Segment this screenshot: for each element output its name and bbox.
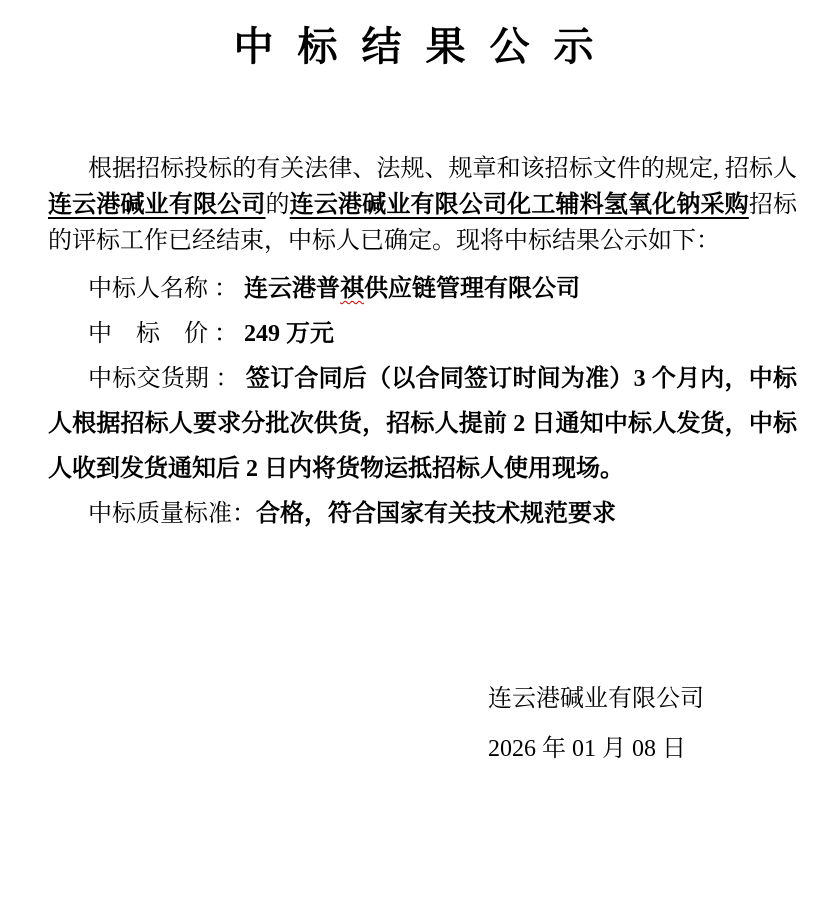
intro-text-2: 的 xyxy=(266,192,290,218)
price-colon: ： xyxy=(208,321,244,347)
delivery-colon: ： xyxy=(209,366,246,392)
project-name-underlined: 连云港碱业有限公司化工辅料氢氧化钠采购 xyxy=(290,192,749,218)
intro-paragraph: 根据招标投标的有关法律、法规、规章和该招标文件的规定, 招标人连云港碱业有限公司… xyxy=(48,151,797,259)
delivery-label: 中标交货期 xyxy=(88,366,209,392)
signature-date: 2026 年 01 月 08 日 xyxy=(488,727,797,772)
price-value: 249 万元 xyxy=(244,321,334,347)
winner-colon: ： xyxy=(208,276,244,302)
winner-label: 中标人名称 xyxy=(88,276,208,302)
bid-price-row: 中 标 价 ： 249 万元 xyxy=(48,312,797,357)
document-title: 中标结果公示 xyxy=(0,23,827,71)
quality-label: 中标质量标准： xyxy=(88,501,256,527)
quality-standard-row: 中标质量标准：合格，符合国家有关技术规范要求 xyxy=(48,492,797,537)
signature-company: 连云港碱业有限公司 xyxy=(488,677,797,722)
winner-value-post: 供应链管理有限公司 xyxy=(364,276,580,302)
document-body: 根据招标投标的有关法律、法规、规章和该招标文件的规定, 招标人连云港碱业有限公司… xyxy=(48,151,797,772)
winner-value-pre: 连云港普 xyxy=(244,276,340,302)
price-label: 中 标 价 xyxy=(88,321,208,347)
quality-value: 合格，符合国家有关技术规范要求 xyxy=(256,501,616,527)
intro-text-1: 根据招标投标的有关法律、法规、规章和该招标文件的规定, 招标人 xyxy=(88,156,797,182)
winner-name-row: 中标人名称 ： 连云港普祺供应链管理有限公司 xyxy=(48,267,797,312)
winner-value-spellcheck-flagged: 祺 xyxy=(340,276,364,302)
document-page: 中标结果公示 根据招标投标的有关法律、法规、规章和该招标文件的规定, 招标人连云… xyxy=(0,0,827,903)
winner-value: 连云港普祺供应链管理有限公司 xyxy=(244,276,580,302)
bidder-name-underlined: 连云港碱业有限公司 xyxy=(48,192,266,218)
delivery-term-paragraph: 中标交货期 ： 签订合同后（以合同签订时间为准）3 个月内，中标人根据招标人要求… xyxy=(48,357,797,492)
signature-block: 连云港碱业有限公司 2026 年 01 月 08 日 xyxy=(488,677,797,772)
